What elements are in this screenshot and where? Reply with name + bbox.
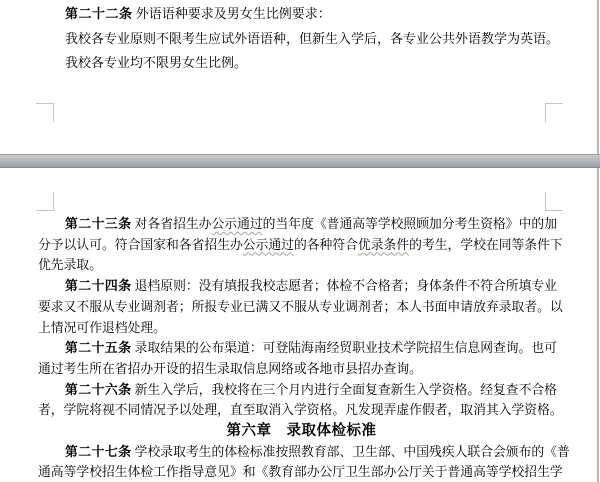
- document-page-2: 第二十三条 对各省招生办公示通过的当年度《普通高等学校照顾加分考生资格》中的加分…: [0, 168, 597, 482]
- text-line: 第二十四条 退档原则：没有填报我校志愿者；体检不合格者；身体条件不符合所填专业: [38, 276, 565, 297]
- text-line: 通过考生所在省招办开设的招生录取信息网络或各地市县招办查询。: [38, 359, 565, 380]
- text-line: 要求又不服从专业调剂者；所报专业已满又不服从专业调剂者；本人书面申请放弃录取者。…: [38, 297, 565, 318]
- body-text: 分予以认可。符合国家和各省招生办: [38, 238, 243, 252]
- body-text: 要求又不服从专业调剂者；所报专业已满又不服从专业调剂者；本人书面申请放弃录取者。…: [38, 300, 563, 314]
- text-line: 第二十三条 对各省招生办公示通过的当年度《普通高等学校照顾加分考生资格》中的加: [38, 214, 565, 235]
- margin-mark-top-left-icon: [36, 192, 54, 211]
- text-line: 第二十五条 录取结果的公布渠道：可登陆海南经贸职业技术学院招生信息网查询。也可: [38, 338, 565, 359]
- body-text: 对各省招生办: [131, 217, 211, 231]
- article-number: 第二十三条: [65, 217, 131, 231]
- proofing-marked-text: 优录条件: [358, 238, 409, 252]
- text-line: 通高等学校招生体检工作指导意见》和《教育部办公厅卫生部办公厅关于普通高等学校招生…: [38, 462, 565, 482]
- text-line: 上情况可作退档处理。: [38, 318, 565, 339]
- body-text: 学校录取考生的体检标准按照教育部、卫生部、中国残疾人联合会颁布的《普: [131, 445, 569, 459]
- text-line: 优先录取。: [38, 255, 565, 276]
- body-text: 优先录取。: [38, 258, 102, 272]
- body-text: 的考生，学校在同等条件下: [409, 238, 563, 252]
- article-number: 第二十六条: [65, 383, 131, 397]
- proofing-marked-text: 公示通过: [211, 217, 262, 231]
- body-text: 我校各专业原则不限考生应试外语语种，但新生入学后，各专业公共外语教学为英语。: [65, 31, 559, 46]
- article-number: 第二十二条: [65, 6, 133, 21]
- body-text: 我校各专业均不限男女生比例。: [65, 55, 247, 70]
- text-line: 分予以认可。符合国家和各省招生办公示通过的各种符合优录条件的考生，学校在同等条件…: [38, 235, 565, 256]
- document-page-1: 第二十二条 外语语种要求及男女生比例要求：我校各专业原则不限考生应试外语语种，但…: [0, 0, 597, 154]
- body-text: 退档原则：没有填报我校志愿者；体检不合格者；身体条件不符合所填专业: [131, 279, 557, 293]
- body-text: 者，学院将视不同情况予以处理，直至取消入学资格。凡发现弄虚作假者，取消其入学资格…: [38, 403, 563, 417]
- body-text: 的当年度《普通高等学校照顾加分考生资格》中的加: [263, 217, 557, 231]
- text-line: 第二十二条 外语语种要求及男女生比例要求：: [38, 2, 568, 27]
- body-text: 上情况可作退档处理。: [38, 321, 166, 335]
- text-line: 我校各专业均不限男女生比例。: [38, 51, 568, 76]
- body-text: 通过考生所在省招办开设的招生录取信息网络或各地市县招办查询。: [38, 362, 422, 376]
- page1-text-block: 第二十二条 外语语种要求及男女生比例要求：我校各专业原则不限考生应试外语语种，但…: [38, 2, 568, 76]
- margin-mark-bottom-left-icon: [36, 103, 54, 122]
- text-line: 者，学院将视不同情况予以处理，直至取消入学资格。凡发现弄虚作假者，取消其入学资格…: [38, 400, 565, 421]
- text-line: 我校各专业原则不限考生应试外语语种，但新生入学后，各专业公共外语教学为英语。: [38, 27, 568, 52]
- body-text: 的各种符合: [294, 238, 358, 252]
- page-right-edge: [597, 0, 599, 482]
- margin-mark-bottom-right-icon: [545, 103, 563, 122]
- body-text: 录取结果的公布渠道：可登陆海南经贸职业技术学院招生信息网查询。也可: [131, 341, 557, 355]
- article-number: 第二十七条: [65, 445, 131, 459]
- body-text: 通高等学校招生体检工作指导意见》和《教育部办公厅卫生部办公厅关于普通高等学校招生…: [38, 465, 563, 479]
- margin-mark-top-right-icon: [545, 192, 563, 211]
- text-line: 第二十七条 学校录取考生的体检标准按照教育部、卫生部、中国残疾人联合会颁布的《普: [38, 442, 565, 463]
- chapter-heading-line: 第六章 录取体检标准: [38, 421, 565, 442]
- text-line: 第二十六条 新生入学后，我校将在三个月内进行全面复查新生入学资格。经复查不合格: [38, 380, 565, 401]
- article-number: 第二十四条: [65, 279, 131, 293]
- body-text: 外语语种要求及男女生比例要求：: [133, 6, 331, 21]
- page-separator: [0, 154, 600, 168]
- article-number: 第六章 录取体检标准: [227, 423, 377, 439]
- article-number: 第二十五条: [65, 341, 131, 355]
- proofing-marked-text: 公示通过: [243, 238, 294, 252]
- page2-text-block: 第二十三条 对各省招生办公示通过的当年度《普通高等学校照顾加分考生资格》中的加分…: [38, 214, 565, 482]
- body-text: 新生入学后，我校将在三个月内进行全面复查新生入学资格。经复查不合格: [131, 383, 557, 397]
